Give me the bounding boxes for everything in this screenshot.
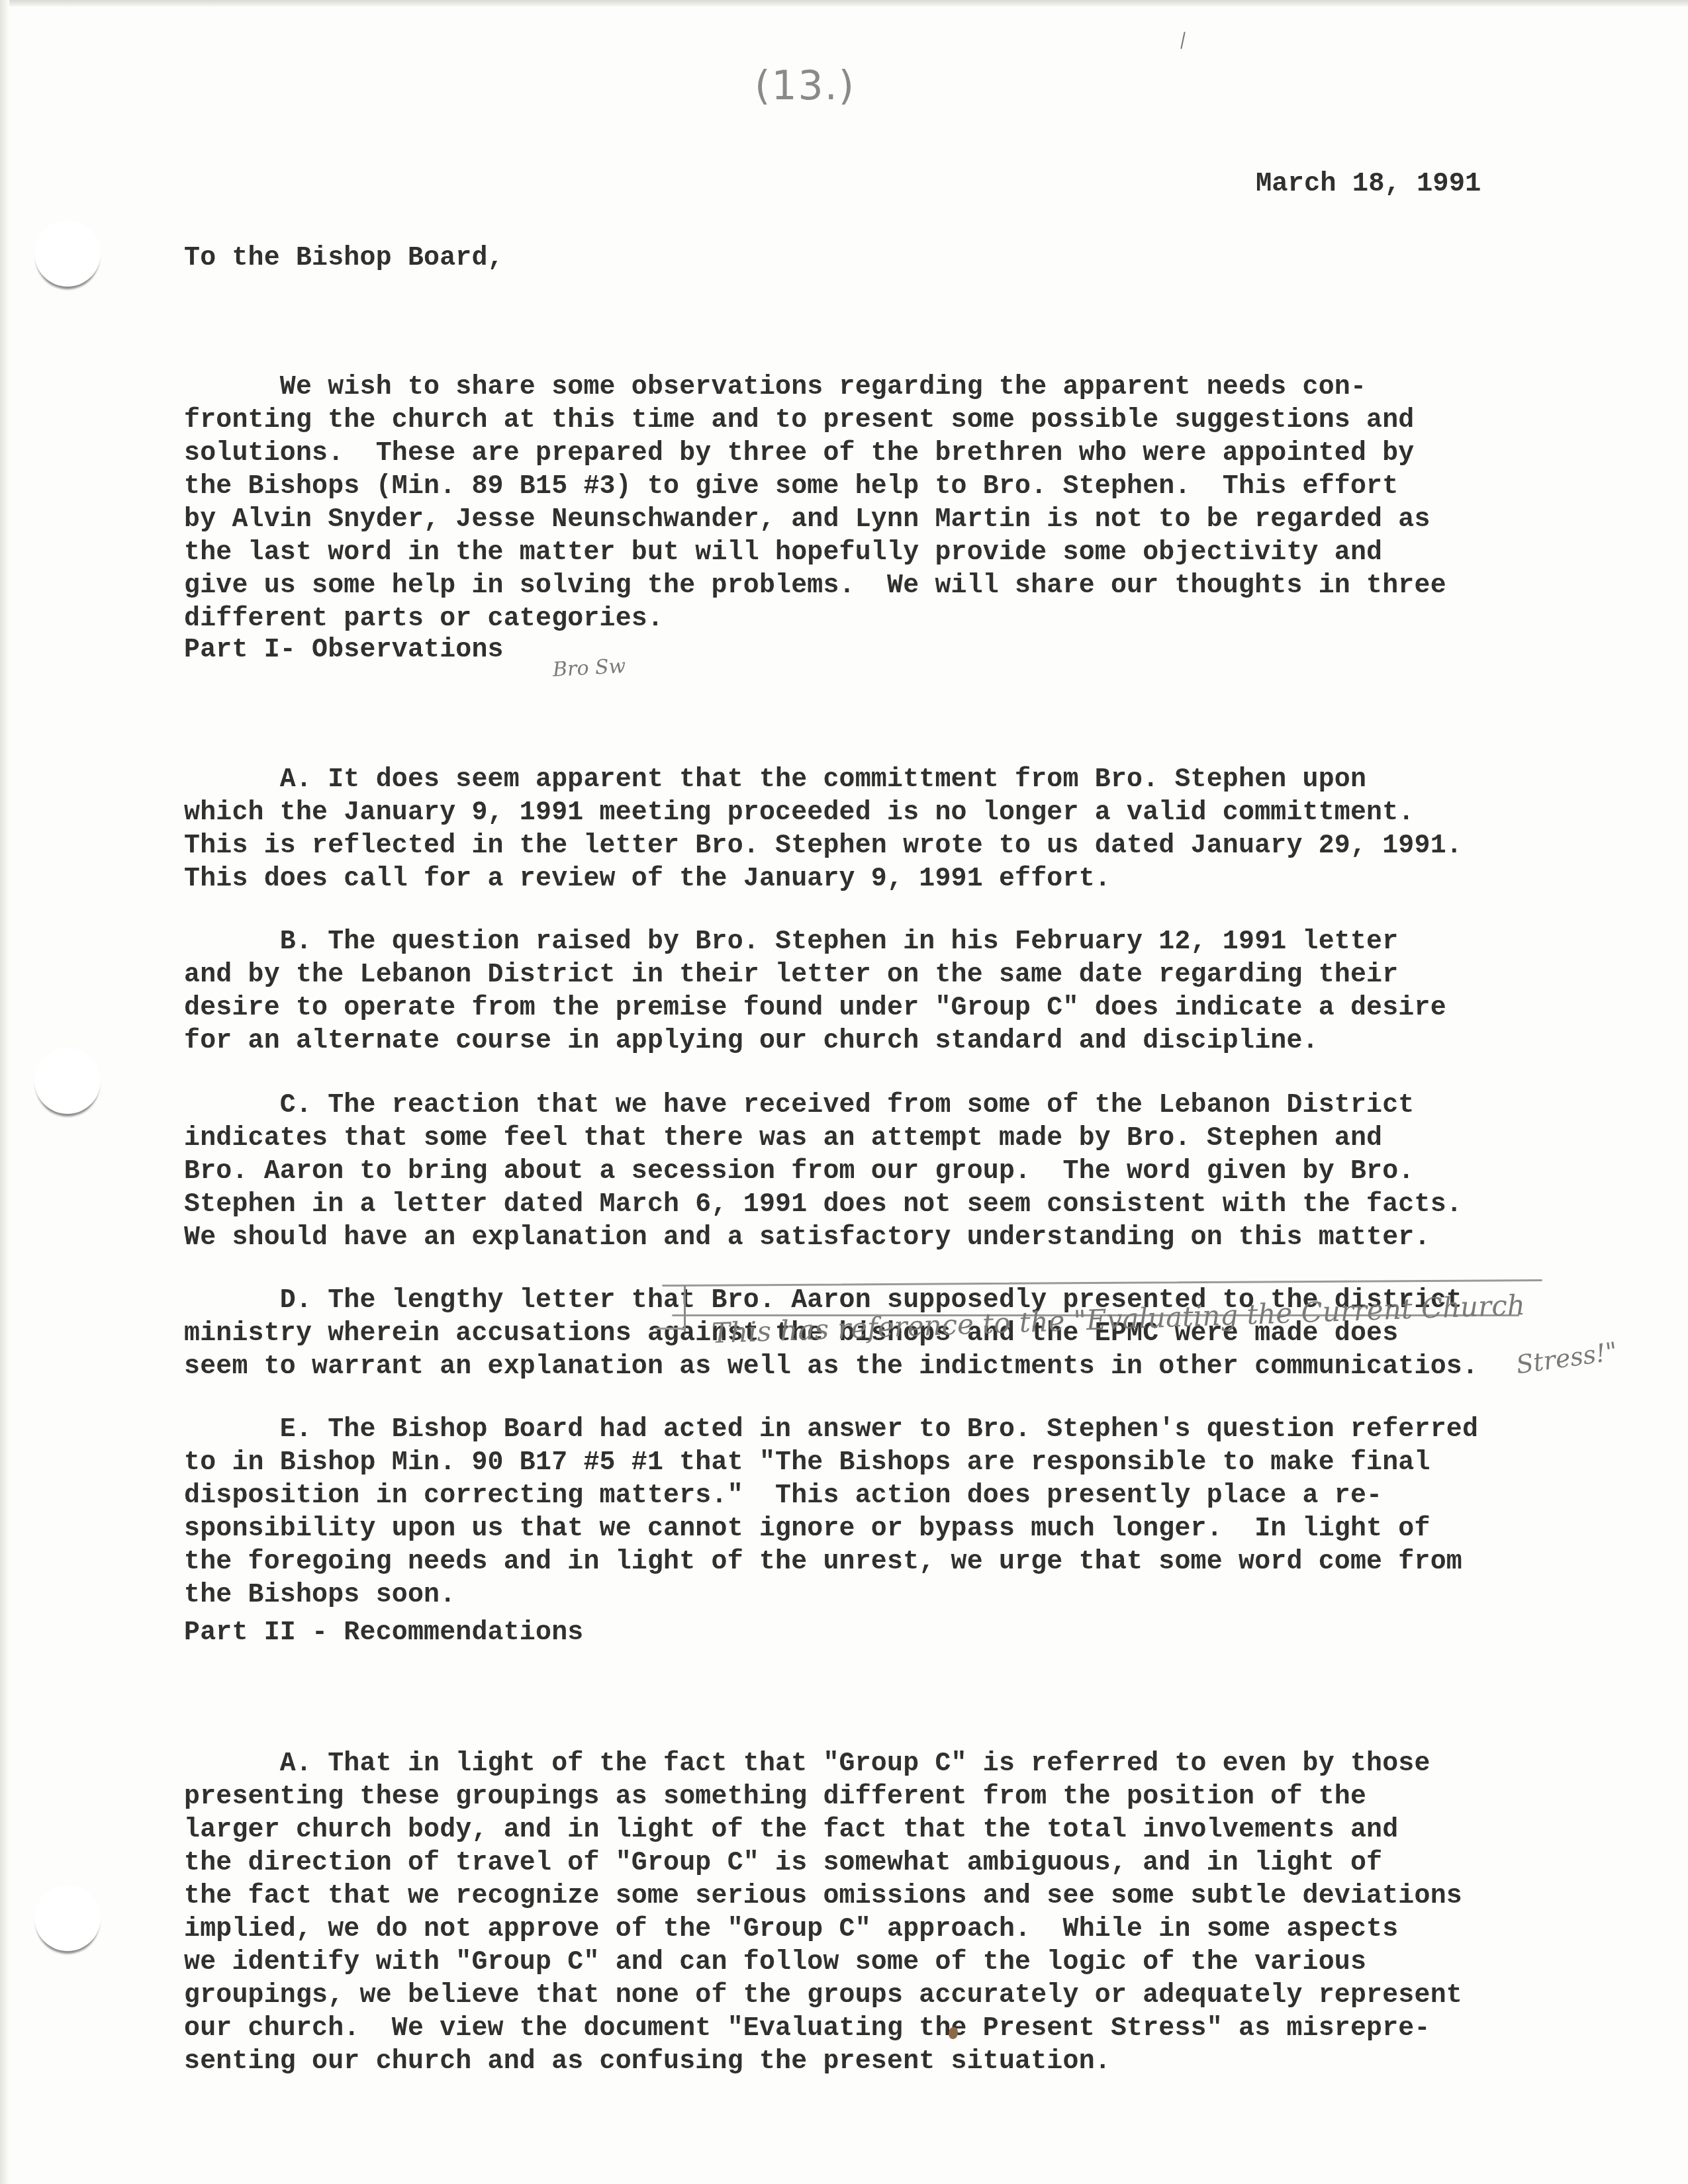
text-line: A. That in light of the fact that "Group…: [184, 1747, 1462, 1780]
text-line: This is reflected in the letter Bro. Ste…: [184, 829, 1462, 862]
text-line: groupings, we believe that none of the g…: [184, 1979, 1462, 2012]
text-line: the foregoing needs and in light of the …: [184, 1545, 1478, 1578]
punch-hole-top: [34, 220, 101, 287]
text-line: by Alvin Snyder, Jesse Neunschwander, an…: [184, 503, 1446, 536]
text-line: senting our church and as confusing the …: [184, 2045, 1462, 2078]
text-line: different parts or categories.: [184, 602, 1446, 635]
text-line: the last word in the matter but will hop…: [184, 536, 1446, 569]
text-line: solutions. These are prepared by three o…: [184, 437, 1446, 470]
stray-mark: [1180, 32, 1185, 49]
pen-insert-tick: [655, 1328, 684, 1330]
punch-hole-bottom: [34, 1885, 101, 1951]
text-line: Bro. Aaron to bring about a secession fr…: [184, 1155, 1462, 1188]
part1-heading: Part I- Observations: [184, 633, 504, 666]
handwritten-margin-note: Bro Sw: [552, 655, 626, 682]
paper-speck: [949, 2027, 958, 2039]
letter-date: March 18, 1991: [1256, 169, 1481, 199]
part2-heading: Part II - Recommendations: [184, 1616, 583, 1649]
text-line: and by the Lebanon District in their let…: [184, 958, 1446, 991]
text-line: the fact that we recognize some serious …: [184, 1880, 1462, 1913]
text-line: disposition in correcting matters." This…: [184, 1479, 1478, 1512]
text-line: B. The question raised by Bro. Stephen i…: [184, 925, 1446, 958]
text-line: we identify with "Group C" and can follo…: [184, 1946, 1462, 1979]
text-line: indicates that some feel that there was …: [184, 1122, 1462, 1155]
handwritten-annotation-continued: Stress!": [1515, 1337, 1619, 1380]
text-line: presenting these groupings as something …: [184, 1780, 1462, 1813]
text-line: give us some help in solving the problem…: [184, 569, 1446, 602]
text-line: implied, we do not approve of the "Group…: [184, 1913, 1462, 1946]
part1-paragraph-e: E. The Bishop Board had acted in answer …: [184, 1347, 1478, 1645]
text-line: Stephen in a letter dated March 6, 1991 …: [184, 1188, 1462, 1221]
scan-edge-top: [0, 0, 1688, 7]
handwritten-page-number: (13.): [755, 63, 855, 109]
text-line: We wish to share some observations regar…: [184, 371, 1446, 404]
salutation: To the Bishop Board,: [184, 242, 504, 275]
text-line: the Bishops (Min. 89 B15 #3) to give som…: [184, 470, 1446, 503]
text-line: desire to operate from the premise found…: [184, 991, 1446, 1024]
text-line: to in Bishop Min. 90 B17 #5 #1 that "The…: [184, 1446, 1478, 1479]
punch-hole-middle: [34, 1048, 101, 1114]
part2-paragraph-a: A. That in light of the fact that "Group…: [184, 1681, 1462, 2111]
intro-paragraph: We wish to share some observations regar…: [184, 304, 1446, 668]
text-line: which the January 9, 1991 meeting procee…: [184, 796, 1462, 829]
text-line: the Bishops soon.: [184, 1578, 1478, 1612]
text-line: fronting the church at this time and to …: [184, 404, 1446, 437]
text-line: the direction of travel of "Group C" is …: [184, 1846, 1462, 1880]
text-line: C. The reaction that we have received fr…: [184, 1089, 1462, 1122]
text-line: A. It does seem apparent that the commit…: [184, 763, 1462, 796]
text-line: larger church body, and in light of the …: [184, 1813, 1462, 1846]
text-line: sponsibility upon us that we cannot igno…: [184, 1512, 1478, 1545]
text-line: our church. We view the document "Evalua…: [184, 2012, 1462, 2045]
scan-edge-left: [0, 0, 9, 2184]
pen-insert-mark: [684, 1285, 686, 1332]
text-line: E. The Bishop Board had acted in answer …: [184, 1413, 1478, 1446]
